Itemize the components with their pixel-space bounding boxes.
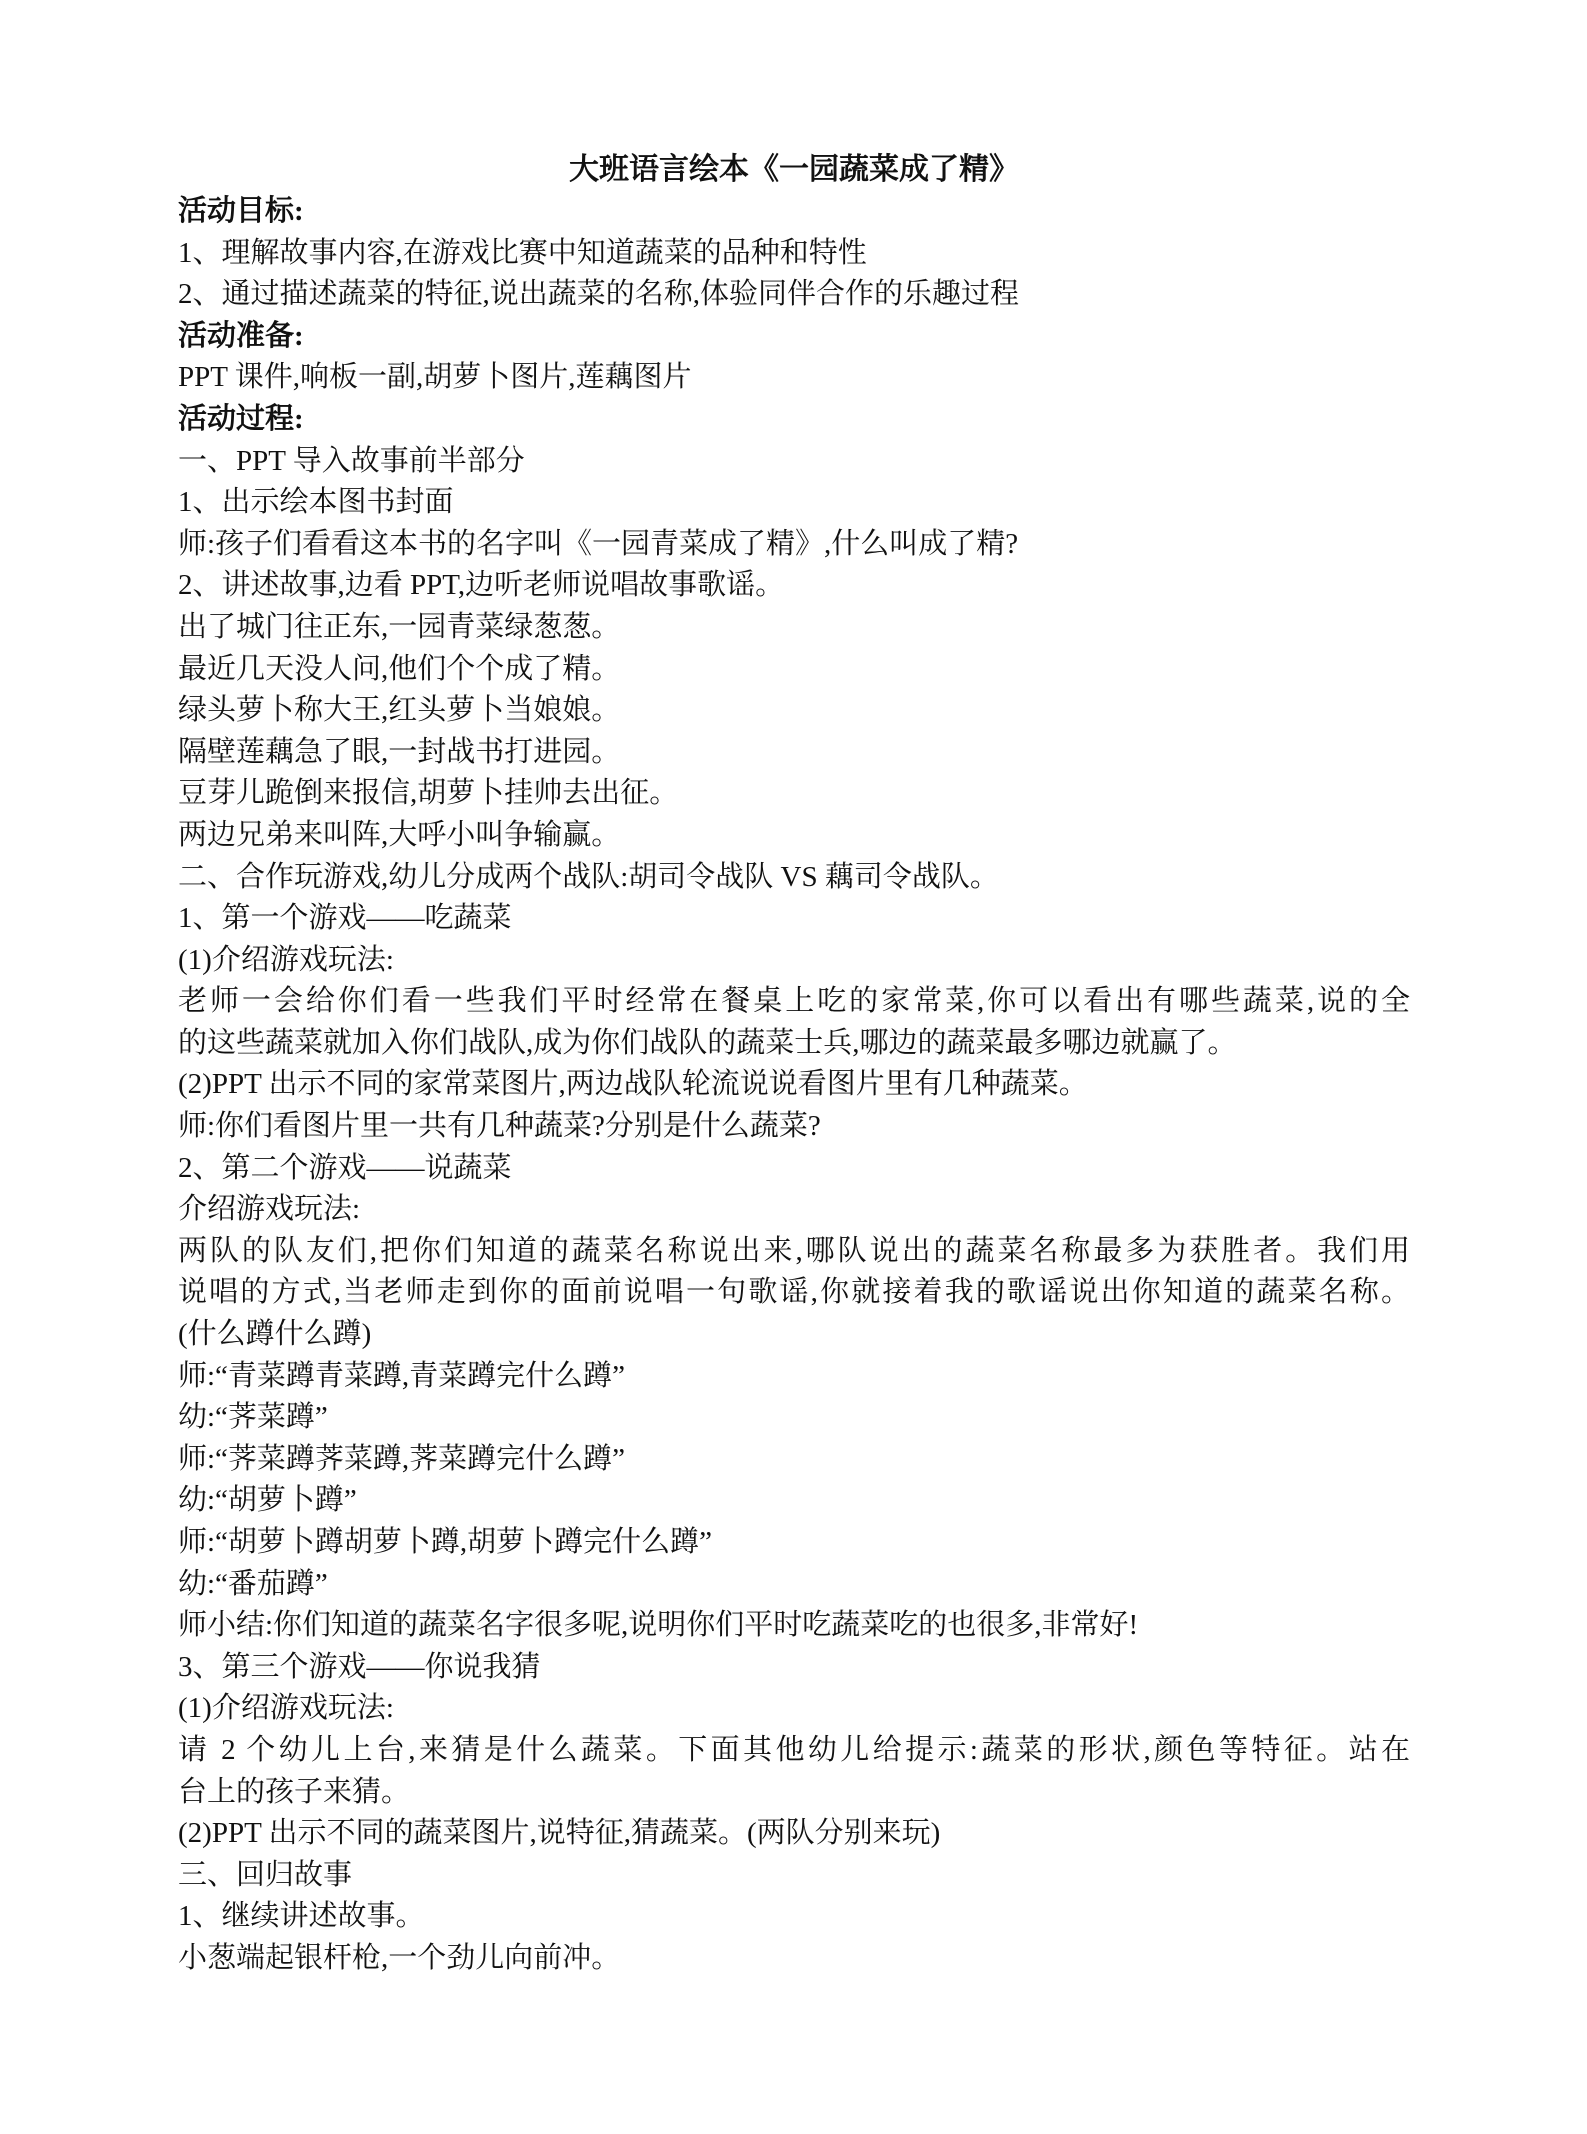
text-line: 2、通过描述蔬菜的特征,说出蔬菜的名称,体验同伴合作的乐趣过程 xyxy=(178,274,1410,316)
text-line: 3、第三个游戏——你说我猜 xyxy=(178,1647,1410,1689)
text-line: 三、回归故事 xyxy=(178,1855,1410,1897)
text-line: 活动目标: xyxy=(178,191,1410,233)
text-line: (2)PPT 出示不同的蔬菜图片,说特征,猜蔬菜。(两队分别来玩) xyxy=(178,1813,1410,1855)
text-line: 台上的孩子来猜。 xyxy=(178,1772,1410,1814)
text-line: 1、出示绘本图书封面 xyxy=(178,482,1410,524)
text-line: 最近几天没人问,他们个个成了精。 xyxy=(178,649,1410,691)
text-line: 隔壁莲藕急了眼,一封战书打进园。 xyxy=(178,732,1410,774)
text-line: 师:“胡萝卜蹲胡萝卜蹲,胡萝卜蹲完什么蹲” xyxy=(178,1522,1410,1564)
text-line: 1、继续讲述故事。 xyxy=(178,1896,1410,1938)
text-line: 小葱端起银杆枪,一个劲儿向前冲。 xyxy=(178,1938,1410,1980)
text-line: 请 2 个幼儿上台,来猜是什么蔬菜。下面其他幼儿给提示:蔬菜的形状,颜色等特征。… xyxy=(178,1730,1410,1772)
text-line: (1)介绍游戏玩法: xyxy=(178,940,1410,982)
text-line: 老师一会给你们看一些我们平时经常在餐桌上吃的家常菜,你可以看出有哪些蔬菜,说的全 xyxy=(178,981,1410,1023)
text-line: 活动过程: xyxy=(178,399,1410,441)
text-line: 两队的队友们,把你们知道的蔬菜名称说出来,哪队说出的蔬菜名称最多为获胜者。我们用 xyxy=(178,1231,1410,1273)
document-body: 活动目标:1、理解故事内容,在游戏比赛中知道蔬菜的品种和特性2、通过描述蔬菜的特… xyxy=(178,191,1410,1980)
text-line: 师小结:你们知道的蔬菜名字很多呢,说明你们平时吃蔬菜吃的也很多,非常好! xyxy=(178,1605,1410,1647)
text-line: 的这些蔬菜就加入你们战队,成为你们战队的蔬菜士兵,哪边的蔬菜最多哪边就赢了。 xyxy=(178,1023,1410,1065)
text-line: 说唱的方式,当老师走到你的面前说唱一句歌谣,你就接着我的歌谣说出你知道的蔬菜名称… xyxy=(178,1272,1410,1314)
text-line: 绿头萝卜称大王,红头萝卜当娘娘。 xyxy=(178,690,1410,732)
text-line: 师:“荠菜蹲荠菜蹲,荠菜蹲完什么蹲” xyxy=(178,1439,1410,1481)
text-line: 豆芽儿跪倒来报信,胡萝卜挂帅去出征。 xyxy=(178,773,1410,815)
text-line: 二、合作玩游戏,幼儿分成两个战队:胡司令战队 VS 藕司令战队。 xyxy=(178,857,1410,899)
text-line: (什么蹲什么蹲) xyxy=(178,1314,1410,1356)
text-line: 幼:“番茄蹲” xyxy=(178,1564,1410,1606)
text-line: 师:你们看图片里一共有几种蔬菜?分别是什么蔬菜? xyxy=(178,1106,1410,1148)
text-line: 活动准备: xyxy=(178,316,1410,358)
text-line: 一、PPT 导入故事前半部分 xyxy=(178,441,1410,483)
text-line: 幼:“荠菜蹲” xyxy=(178,1397,1410,1439)
document-title: 大班语言绘本《一园蔬菜成了精》 xyxy=(178,149,1410,191)
text-line: 2、第二个游戏——说蔬菜 xyxy=(178,1148,1410,1190)
text-line: 介绍游戏玩法: xyxy=(178,1189,1410,1231)
text-line: 两边兄弟来叫阵,大呼小叫争输赢。 xyxy=(178,815,1410,857)
text-line: 出了城门往正东,一园青菜绿葱葱。 xyxy=(178,607,1410,649)
text-line: 1、第一个游戏——吃蔬菜 xyxy=(178,898,1410,940)
text-line: PPT 课件,响板一副,胡萝卜图片,莲藕图片 xyxy=(178,357,1410,399)
text-line: 师:“青菜蹲青菜蹲,青菜蹲完什么蹲” xyxy=(178,1356,1410,1398)
text-line: 幼:“胡萝卜蹲” xyxy=(178,1480,1410,1522)
text-line: (1)介绍游戏玩法: xyxy=(178,1688,1410,1730)
document-page: 大班语言绘本《一园蔬菜成了精》 活动目标:1、理解故事内容,在游戏比赛中知道蔬菜… xyxy=(0,0,1587,2134)
text-line: 1、理解故事内容,在游戏比赛中知道蔬菜的品种和特性 xyxy=(178,233,1410,275)
text-line: 2、讲述故事,边看 PPT,边听老师说唱故事歌谣。 xyxy=(178,565,1410,607)
text-line: (2)PPT 出示不同的家常菜图片,两边战队轮流说说看图片里有几种蔬菜。 xyxy=(178,1064,1410,1106)
text-line: 师:孩子们看看这本书的名字叫《一园青菜成了精》,什么叫成了精? xyxy=(178,524,1410,566)
